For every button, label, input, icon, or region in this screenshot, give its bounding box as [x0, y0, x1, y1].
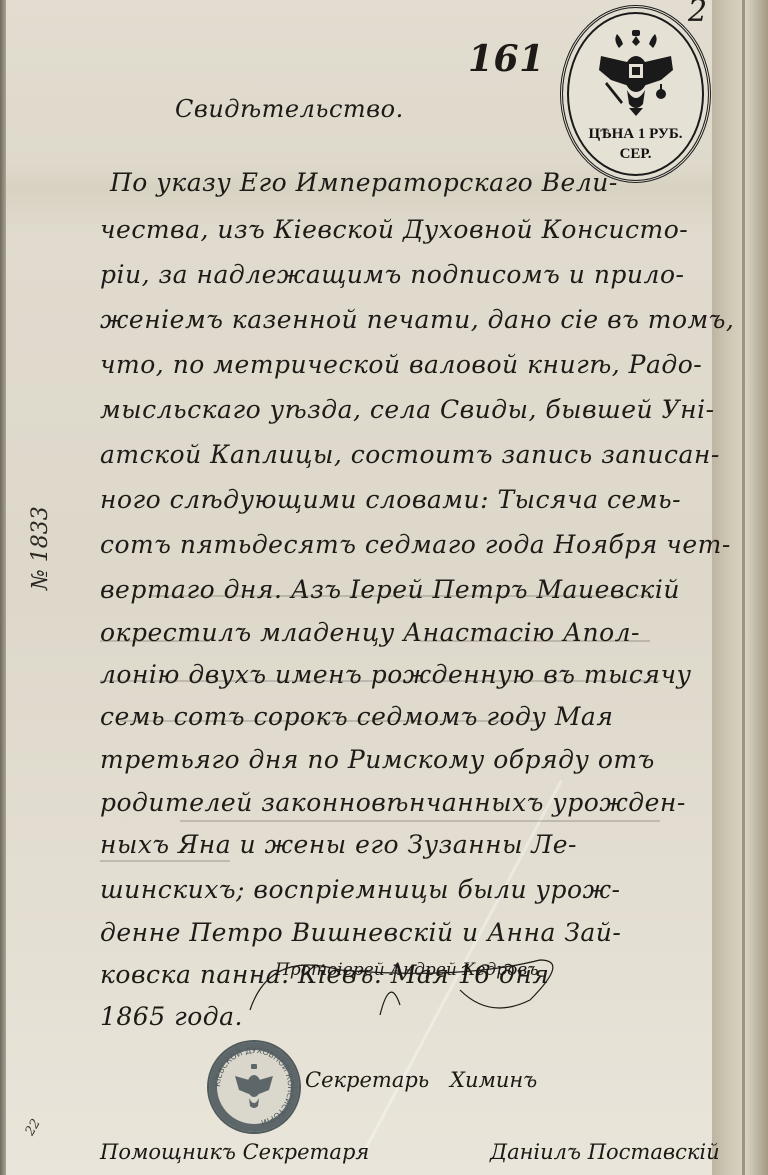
body-line: семь сотъ сорокъ седмомъ году Мая [100, 702, 613, 731]
faint-underline [100, 860, 230, 862]
body-line: вертаго дня. Азъ Іерей Петръ Маиевскій [100, 575, 680, 604]
body-line: лонію двухъ именъ рожденную въ тысячу [100, 660, 692, 689]
secretary-title: Секретарь [305, 1068, 429, 1092]
body-line: 1865 года. [100, 1002, 243, 1031]
body-line: мысльскаго уѣзда, села Свиды, бывшей Уні… [100, 395, 715, 424]
margin-registration-number: № 1833 [28, 506, 53, 590]
body-line: атской Каплицы, состоитъ запись записан- [100, 440, 720, 469]
body-line: окрестилъ младенцу Анастасію Апол- [100, 618, 640, 647]
body-line: шинскихъ; воспріемницы были урож- [100, 875, 620, 904]
body-line: ного слѣдующими словами: Тысяча семь- [100, 485, 681, 514]
folio-number: 161 [468, 38, 545, 80]
faint-underline [180, 820, 660, 822]
assistant-secretary-title: Помощникъ Секретаря [100, 1140, 369, 1164]
document-title: Свидѣтельство. [175, 95, 404, 123]
revenue-stamp: ЦѢНА 1 РУБ. СЕР. [560, 5, 711, 183]
page-number: 2 [688, 0, 708, 29]
assistant-secretary-name: Даніилъ Поставскій [490, 1140, 720, 1164]
body-line: что, по метрической валовой книгѣ, Радо- [100, 350, 702, 379]
binding-strip [712, 0, 768, 1175]
body-line: женіемъ казенной печати, дано сіе въ том… [100, 305, 734, 334]
stamp-currency-text: СЕР. [563, 146, 708, 163]
signature-flourish [240, 940, 580, 1030]
body-line: ныхъ Яна и жены его Зузанны Ле- [100, 830, 577, 859]
body-line: ріи, за надлежащимъ подписомъ и прило- [100, 260, 684, 289]
double-headed-eagle-icon [231, 1062, 277, 1112]
body-line: По указу Его Императорскаго Вели- [110, 168, 618, 197]
body-line: сотъ пятьдесятъ седмаго года Ноября чет- [100, 530, 731, 559]
body-line: третьяго дня по Римскому обряду отъ [100, 745, 655, 774]
double-headed-eagle-icon [591, 26, 681, 126]
stamp-price-text: ЦѢНА 1 РУБ. [563, 126, 708, 143]
consistory-seal: КІЕВСКОЙ ДУХОВНОЙ КОНСИСТОРІИ [207, 1040, 301, 1134]
body-line: чества, изъ Кіевской Духовной Консисто- [100, 215, 688, 244]
secretary-name: Химинъ [450, 1068, 537, 1092]
body-line: родителей законновѣнчанныхъ урожден- [100, 788, 686, 817]
page-left-edge [0, 0, 6, 1175]
